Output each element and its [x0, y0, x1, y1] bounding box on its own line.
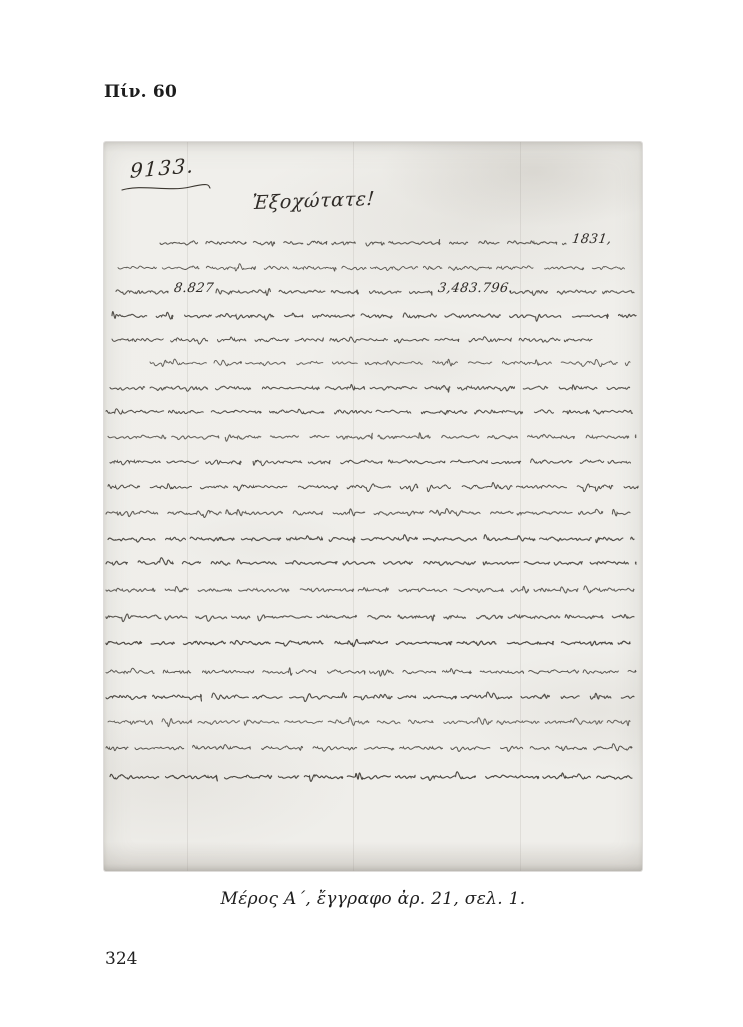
legible-fragment: 1831, [571, 233, 613, 246]
book-page: { "page": { "plate_label": "Πίν. 60", "c… [0, 0, 743, 1027]
figure-caption: Μέρος Α΄, ἔγγραφο ἀρ. 21, σελ. 1. [104, 889, 642, 909]
manuscript-scan: 9133. Ἐξοχώτατε! 1831,8.8273,483.796. [104, 142, 642, 871]
legible-fragment: 8.827 [173, 282, 215, 295]
page-number: 324 [105, 949, 137, 969]
plate-label: Πίν. 60 [104, 82, 177, 102]
legible-fragment: 3,483.796. [437, 282, 514, 295]
handwriting-lines [104, 142, 642, 871]
